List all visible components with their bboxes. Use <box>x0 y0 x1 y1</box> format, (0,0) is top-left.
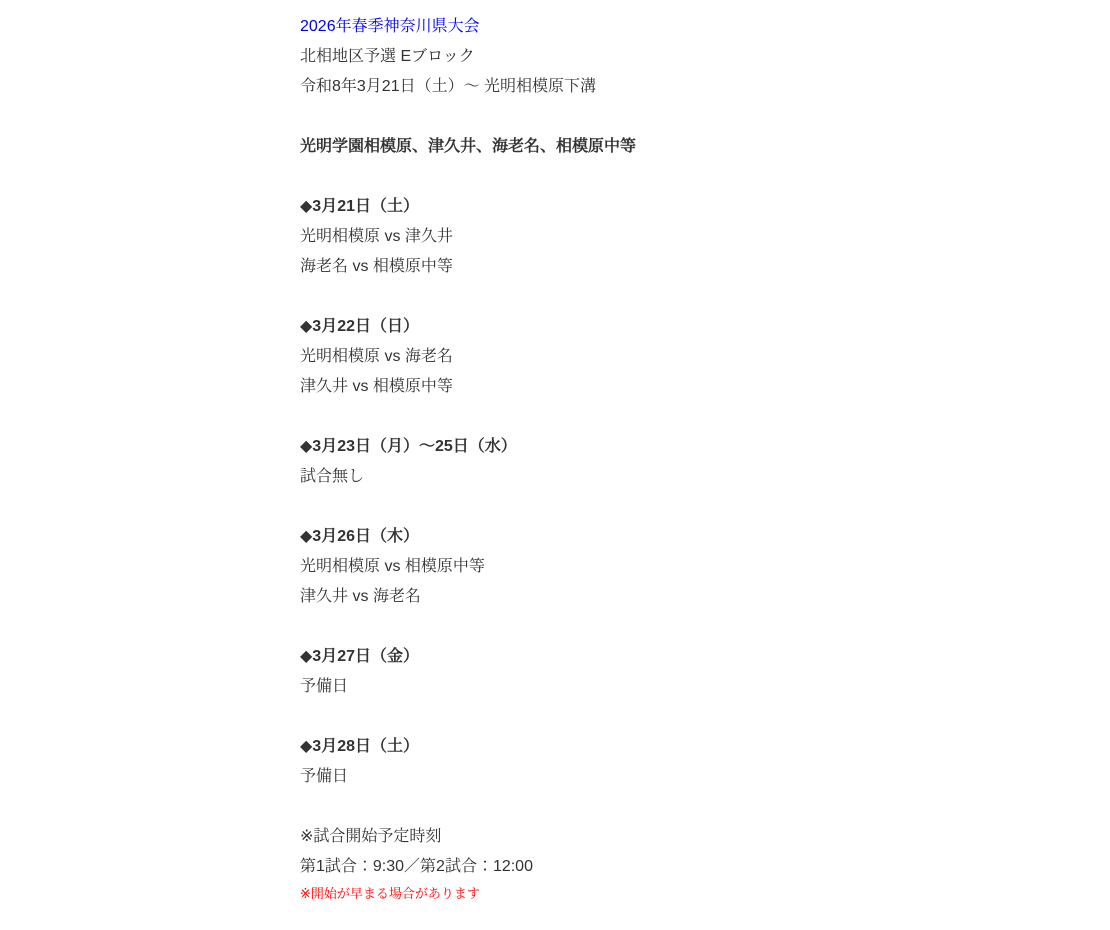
no-game-line: 試合無し <box>300 462 1090 492</box>
match-line: 光明相模原 vs 海老名 <box>300 342 1090 372</box>
match-line: 津久井 vs 相模原中等 <box>300 372 1090 402</box>
match-day-section-mar21: ◆3月21日（土） 光明相模原 vs 津久井 海老名 vs 相模原中等 <box>300 192 1090 312</box>
match-line: 津久井 vs 海老名 <box>300 582 1090 612</box>
blank-line <box>300 102 1090 132</box>
blank-line <box>300 792 1090 822</box>
reserve-day-line: 予備日 <box>300 672 1090 702</box>
day-heading: ◆3月28日（土） <box>300 732 1090 762</box>
match-line: 光明相模原 vs 相模原中等 <box>300 552 1090 582</box>
day-heading: ◆3月22日（日） <box>300 312 1090 342</box>
day-heading: ◆3月26日（木） <box>300 522 1090 552</box>
match-day-section-mar26: ◆3月26日（木） 光明相模原 vs 相模原中等 津久井 vs 海老名 <box>300 522 1090 642</box>
day-heading: ◆3月27日（金） <box>300 642 1090 672</box>
match-day-section-mar27: ◆3月27日（金） 予備日 <box>300 642 1090 732</box>
team-list: 光明学園相模原、津久井、海老名、相模原中等 <box>300 132 1090 162</box>
title-line: 2026年春季神奈川県大会 <box>300 12 1090 42</box>
tournament-title-link[interactable]: 2026年春季神奈川県大会 <box>300 18 480 35</box>
blank-line <box>300 492 1090 522</box>
notes-block: ※試合開始予定時刻 第1試合：9:30／第2試合：12:00 ※開始が早まる場合… <box>300 822 1090 906</box>
blank-line <box>300 282 1090 312</box>
block-subtitle: 北相地区予選 Eブロック <box>300 42 1090 72</box>
blank-line <box>300 162 1090 192</box>
blank-line <box>300 702 1090 732</box>
match-day-section-mar22: ◆3月22日（日） 光明相模原 vs 海老名 津久井 vs 相模原中等 <box>300 312 1090 432</box>
match-day-section-mar28: ◆3月28日（土） 予備日 <box>300 732 1090 822</box>
date-venue: 令和8年3月21日（土）～ 光明相模原下溝 <box>300 72 1090 102</box>
start-time-label: ※試合開始予定時刻 <box>300 822 1090 852</box>
reserve-day-line: 予備日 <box>300 762 1090 792</box>
day-heading: ◆3月21日（土） <box>300 192 1090 222</box>
match-line: 海老名 vs 相模原中等 <box>300 252 1090 282</box>
blank-line <box>300 402 1090 432</box>
start-times: 第1試合：9:30／第2試合：12:00 <box>300 852 1090 882</box>
early-start-warning: ※開始が早まる場合があります <box>300 882 1090 906</box>
match-day-section-mar23-25: ◆3月23日（月）～25日（水） 試合無し <box>300 432 1090 522</box>
day-heading: ◆3月23日（月）～25日（水） <box>300 432 1090 462</box>
schedule-article: 2026年春季神奈川県大会 北相地区予選 Eブロック 令和8年3月21日（土）～… <box>0 0 1110 906</box>
match-line: 光明相模原 vs 津久井 <box>300 222 1090 252</box>
blank-line <box>300 612 1090 642</box>
